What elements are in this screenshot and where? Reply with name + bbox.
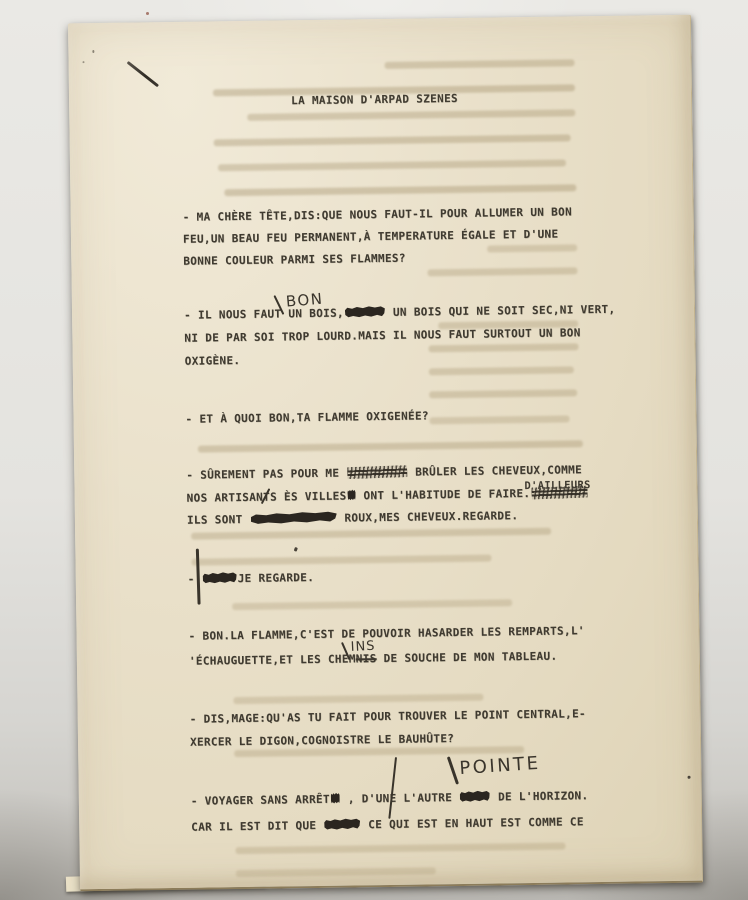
typed-text: CE QUI EST EN HAUT EST COMME CE [361, 815, 584, 831]
ink-scribble [460, 790, 490, 802]
typed-text: OXIGÈNE. [185, 354, 241, 368]
pen-slash-mark [388, 757, 397, 819]
bleed-through-text-line [224, 184, 576, 196]
bleed-through-text-line [429, 366, 574, 375]
typed-text: BONNE COULEUR PARMI SES FLAMMES? [183, 252, 406, 268]
typescript-line: - MA CHÈRE TÊTE,DIS:QUE NOUS FAUT-IL POU… [183, 205, 573, 224]
bleed-through-text-line [214, 134, 571, 146]
ink-scribble [324, 818, 360, 830]
ink-scribble [345, 306, 385, 318]
typescript-line: - ET À QUOI BON,TA FLAMME OXIGENÉE? [185, 409, 429, 426]
bleed-through-text-line [236, 867, 436, 877]
typescript-line: BONNE COULEUR PARMI SES FLAMMES? [183, 252, 406, 269]
ink-speck [294, 547, 298, 552]
staple-mark [127, 61, 160, 87]
typescript-page: LA MAISON D'ARPAD SZENES BON INS POINTE … [68, 15, 703, 892]
typed-text: DE SOUCHE DE MON TABLEAU. [377, 650, 558, 666]
insert-caret-icon [447, 756, 459, 784]
bleed-through-text-line [191, 528, 551, 540]
typescript-line: FEU,UN BEAU FEU PERMANENT,À TEMPERATURE … [183, 228, 559, 247]
typed-text: FEU,UN BEAU FEU PERMANENT,À TEMPERATURE … [183, 228, 559, 246]
ink-scribble [250, 511, 336, 525]
typed-text: 'ÉCHAUGUETTE,ET LES CHEM [189, 652, 356, 667]
bleed-through-text-line [198, 440, 583, 452]
typed-text: - SÛREMENT PAS POUR ME [186, 467, 346, 482]
handwritten-insert-ins: INS [350, 639, 376, 655]
bleed-through-text-line [427, 267, 577, 276]
hand-slashed-letter: T [263, 491, 270, 505]
typescript-line: - JE REGARDE. [188, 571, 315, 587]
typed-text: - DIS,MAGE:QU'AS TU FAIT POUR TROUVER LE… [190, 707, 586, 726]
typed-text: ILS SONT [187, 513, 250, 527]
bleed-through-text-line [218, 159, 566, 171]
struck-out-word [347, 465, 407, 479]
typescript-line: - DIS,MAGE:QU'AS TU FAIT POUR TROUVER LE… [190, 707, 586, 727]
dust-speck [82, 61, 84, 63]
typed-text: - [188, 573, 202, 586]
bleed-through-text-line [247, 109, 575, 121]
typed-text: - BON.LA FLAMME,C'EST DE POUVOIR HASARDE… [188, 624, 584, 643]
typed-text: JE REGARDE. [238, 571, 315, 585]
bleed-through-text-line [232, 599, 512, 610]
typed-text: - VOYAGER SANS ARRÊT [191, 793, 330, 808]
bleed-through-text-line [429, 343, 579, 352]
ink-scribble [331, 793, 340, 804]
handwritten-insert-bon: BON [285, 290, 324, 311]
bleed-through-text-line [429, 389, 577, 398]
typed-text: , D'UNE [341, 792, 397, 806]
typescript-line: - BON.LA FLAMME,C'EST DE POUVOIR HASARDE… [188, 624, 584, 644]
typed-correction-dailleurs: D'AILLEURS [524, 479, 590, 492]
ink-scribble [202, 572, 236, 584]
typed-text: CAR IL EST DIT QUE [191, 819, 323, 834]
typed-text: - MA CHÈRE TÊTE,DIS:QUE NOUS FAUT-IL POU… [183, 205, 572, 223]
bleed-through-text-line [430, 415, 570, 424]
ink-speck [688, 776, 691, 779]
typed-text: S ÈS VILLES [270, 490, 347, 504]
dust-speck [92, 50, 94, 53]
typed-text: DE L'HORIZON. [491, 789, 589, 803]
typed-text: ONT L'HABITUDE DE FAIRE. [356, 487, 530, 502]
typed-text: L'AUTRE [396, 791, 459, 805]
bleed-through-text-line [235, 843, 565, 855]
typescript-line: ILS SONT ROUX,MES CHEVEUX.REGARDE. [187, 509, 519, 528]
typed-text: UN BOIS QUI NE SOIT SEC,NI VERT, [386, 303, 616, 319]
bleed-through-text-line [385, 59, 575, 69]
typed-text: ROUX,MES CHEVEUX.REGARDE. [337, 509, 518, 525]
bleed-through-text-line [233, 694, 483, 704]
typed-text: BRÛLER LES CHEVEUX,COMME [408, 463, 582, 478]
bleed-through-text-line [191, 555, 491, 566]
typed-text: NOS ARTISAN [187, 491, 264, 505]
bleed-through-text-line [487, 244, 577, 252]
handwritten-insert-pointe: POINTE [459, 753, 541, 779]
typed-text: - IL NOUS FAUT UN BOIS, [184, 307, 344, 322]
typescript-line: OXIGÈNE. [185, 354, 241, 369]
typed-text: - ET À QUOI BON,TA FLAMME OXIGENÉE? [185, 409, 429, 425]
typescript-line: - SÛREMENT PAS POUR ME BRÛLER LES CHEVEU… [186, 463, 582, 483]
typescript-line: NI DE PAR SOI TROP LOURD.MAIS IL NOUS FA… [184, 326, 580, 346]
dust-speck [146, 12, 149, 15]
typed-text: XERCER LE DIGON,COGNOISTRE LE BAUHÛTE? [190, 732, 454, 749]
typed-text: NI DE PAR SOI TROP LOURD.MAIS IL NOUS FA… [184, 326, 580, 345]
document-title: LA MAISON D'ARPAD SZENES [291, 92, 458, 108]
ink-scribble [347, 489, 355, 500]
photographed-typescript: { "page": { "title": "LA MAISON D'ARPAD … [0, 0, 748, 900]
